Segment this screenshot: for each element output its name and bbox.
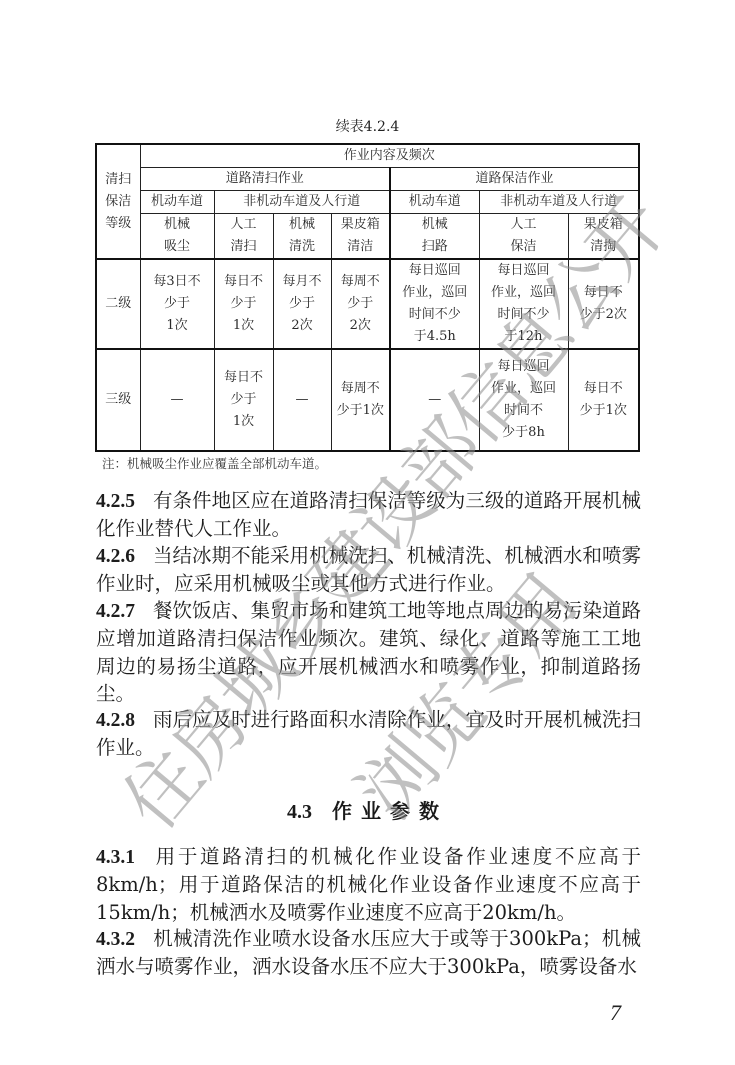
clause-4-3-2: 4.3.2机械清洗作业喷水设备水压应大于或等于300kPa；机械洒水与喷雾作业，… (96, 925, 641, 981)
table-cell: 每日不少于1次 (214, 349, 273, 451)
table-cell: 每日不少于1次 (214, 259, 273, 349)
table-cell: — (140, 349, 214, 451)
column-header: 果皮箱清洁 (331, 214, 390, 260)
page-number: 7 (610, 1000, 621, 1026)
clause-4-2-6: 4.2.6当结冰期不能采用机械洗扫、机械清洗、机械洒水和喷雾作业时，应采用机械吸… (96, 542, 641, 598)
subgroup-header: 机动车道 (390, 191, 479, 214)
table-cell: 每日巡回作业，巡回时间不少于4.5h (390, 259, 479, 349)
clause-4-3-1: 4.3.1用于道路清扫的机械化作业设备作业速度不应高于8km/h；用于道路保洁的… (96, 843, 641, 926)
column-header: 果皮箱清掏 (568, 214, 639, 260)
table-cell: 每日巡回作业，巡回时间不少于12h (479, 259, 568, 349)
table-row: 二级 每3日不少于1次 每日不少于1次 每月不少于2次 每周不少于2次 每日巡回… (96, 259, 639, 349)
column-header: 机械吸尘 (140, 214, 214, 260)
subgroup-header: 机动车道 (140, 191, 214, 214)
clause-4-2-7: 4.2.7餐饮饭店、集贸市场和建筑工地等地点周边的易污染道路应增加道路清扫保洁作… (96, 597, 641, 708)
table-cell: 每日不少于1次 (568, 349, 639, 451)
cleaning-frequency-table: 清扫保洁等级 作业内容及频次 道路清扫作业 道路保洁作业 机动车道 非机动车道及… (95, 143, 640, 452)
table-cell: 每周不少于2次 (331, 259, 390, 349)
table-cell: — (273, 349, 331, 451)
subgroup-header: 非机动车道及人行道 (214, 191, 390, 214)
table-cell: 每周不少于1次 (331, 349, 390, 451)
column-header: 机械清洗 (273, 214, 331, 260)
table-note: 注：机械吸尘作业应覆盖全部机动车道。 (102, 454, 327, 472)
group-header-sweeping: 道路清扫作业 (140, 168, 390, 191)
column-header: 机械扫路 (390, 214, 479, 260)
table-cell: — (390, 349, 479, 451)
clause-4-2-8: 4.2.8雨后应及时进行路面积水清除作业，宜及时开展机械洗扫作业。 (96, 706, 641, 762)
subgroup-header: 非机动车道及人行道 (479, 191, 639, 214)
table-cell: 每日巡回作业，巡回时间不少于8h (479, 349, 568, 451)
group-header-cleaning: 道路保洁作业 (390, 168, 639, 191)
column-header: 人工清扫 (214, 214, 273, 260)
table-cell: 每日不少于2次 (568, 259, 639, 349)
top-header: 作业内容及频次 (140, 144, 639, 168)
section-heading: 4.3作业参数 (0, 795, 735, 824)
table-cell: 每3日不少于1次 (140, 259, 214, 349)
level-cell: 三级 (96, 349, 140, 451)
table-row: 三级 — 每日不少于1次 — 每周不少于1次 — 每日巡回作业，巡回时间不少于8… (96, 349, 639, 451)
table-caption: 续表4.2.4 (0, 116, 735, 136)
level-cell: 二级 (96, 259, 140, 349)
table-cell: 每月不少于2次 (273, 259, 331, 349)
column-header: 人工保洁 (479, 214, 568, 260)
row-header-cell: 清扫保洁等级 (96, 144, 140, 259)
clause-4-2-5: 4.2.5有条件地区应在道路清扫保洁等级为三级的道路开展机械化作业替代人工作业。 (96, 487, 641, 543)
